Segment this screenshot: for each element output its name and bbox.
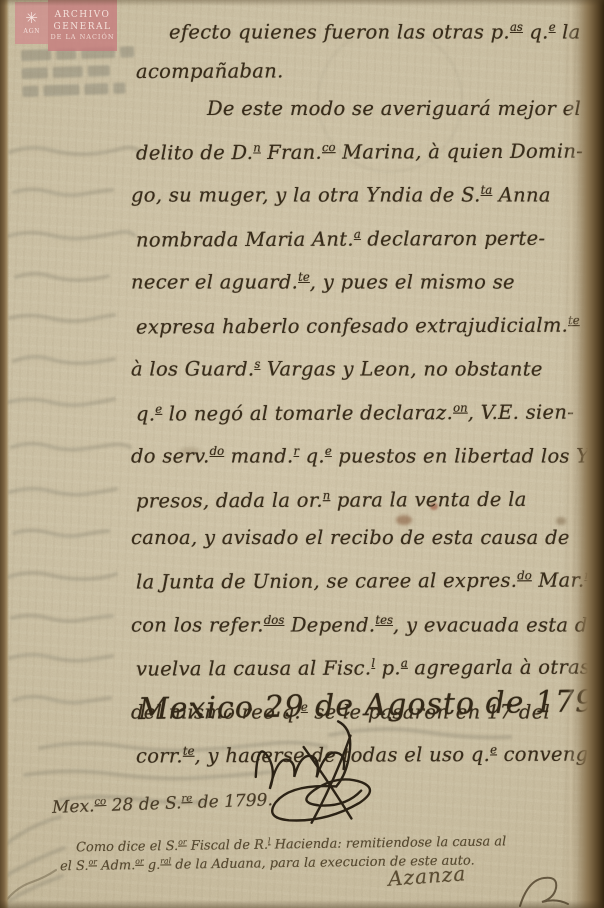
manuscript-line: acompañaban. [136,50,600,90]
agn-stamp-line2: GENERAL [54,21,112,33]
page-bottom-edge [0,900,604,908]
signature-rubric [238,712,438,832]
manuscript-line: expresa haberlo confesado extrajudicialm… [136,300,600,346]
compass-star-icon: ✳ [25,11,38,26]
agn-logo-box: ✳ AGN [15,2,48,44]
manuscript-line: la Junta de Union, se caree al expres.do… [136,556,600,602]
manuscript-line: necer el aguard.te, y pues el mismo se [131,258,600,302]
manuscript-body: efecto quienes fueron las otras p.as q.e… [0,8,600,775]
manuscript-line: De este modo se averiguará mejor el [207,90,600,128]
page-top-edge [0,0,604,6]
agn-stamp-text: ARCHIVO GENERAL DE LA NACIÓN [48,0,117,51]
manuscript-line: con los refer.dos Depend.tes, y evacuada… [131,601,600,645]
viceroy-signature: Azanza [387,861,467,890]
manuscript-line: presos, dada la or.n para la venta de la [136,474,600,520]
manuscript-line: canoa, y avisado el recibo de esta causa… [131,519,600,557]
agn-archive-stamp: ✳ AGN ARCHIVO GENERAL DE LA NACIÓN [15,0,117,51]
manuscript-line: à los Guard.s Vargas y Leon, no obstante [131,345,600,389]
manuscript-line: efecto quienes fueron las otras p.as q.e… [169,8,600,52]
agn-stamp-line3: DE LA NACIÓN [50,33,114,42]
page-left-edge [0,0,9,908]
manuscript-line: nombrada Maria Ant.a declararon perte- [136,213,600,259]
manuscript-line: do serv.do mand.r q.e puestos en liberta… [131,432,600,476]
binding-gutter-shadow [562,0,604,908]
manuscript-page: ✳ AGN ARCHIVO GENERAL DE LA NACIÓN efect… [0,0,604,908]
agn-logo-text: AGN [23,27,40,35]
manuscript-line: delito de D.n Fran.co Marina, à quien Do… [136,126,600,172]
manuscript-line: vuelva la causa al Fisc.l p.a agregarla … [136,643,600,689]
manuscript-line: go, su muger, y la otra Yndia de S.ta An… [131,171,600,215]
agn-stamp-line1: ARCHIVO [55,9,111,21]
manuscript-line: q.e lo negó al tomarle declaraz.on, V.E.… [136,387,600,433]
